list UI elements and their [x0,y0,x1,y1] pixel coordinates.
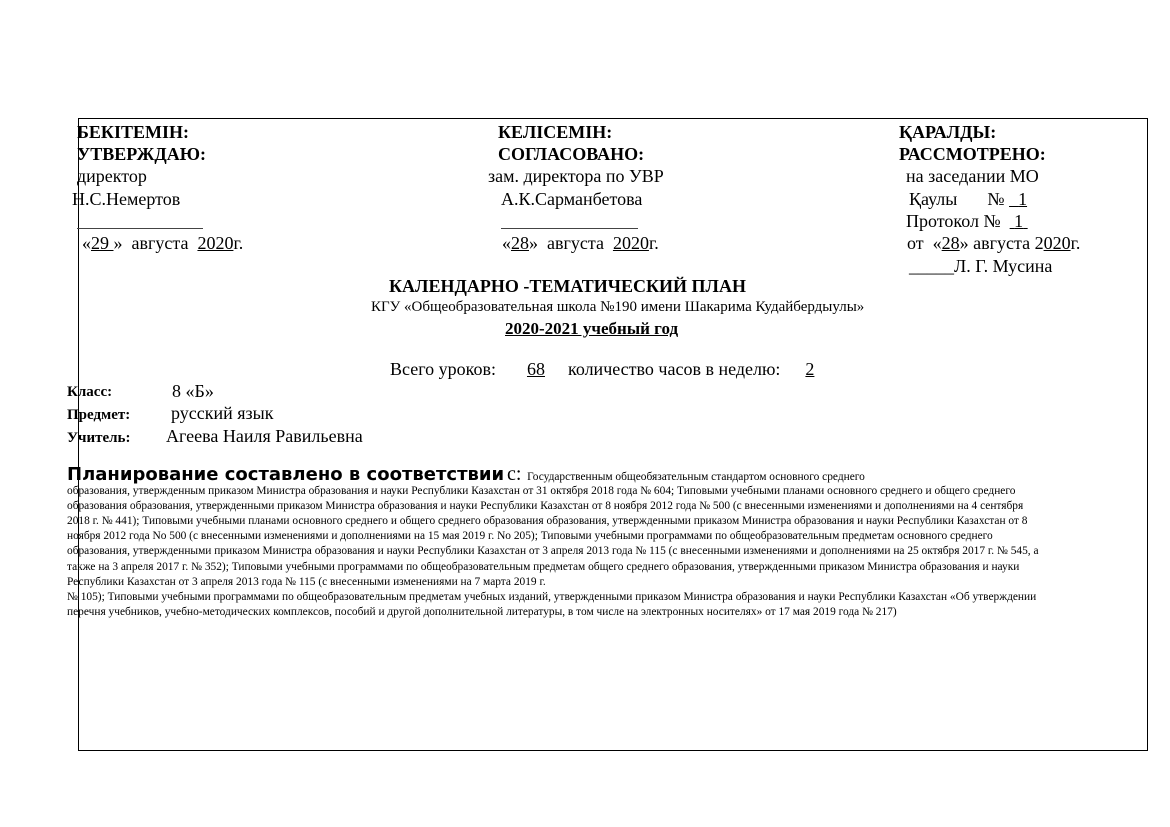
approval-center-name: А.К.Сарманбетова [501,188,642,210]
compliance-line: № 105); Типовыми учебными программами по… [67,590,1145,605]
approval-right-signature: _____Л. Г. Мусина [909,255,1052,277]
approval-left-position: директор [77,165,147,187]
hours-per-week-value: 2 [805,359,814,379]
compliance-line: образования, утвержденным приказом Минис… [67,484,1145,499]
class-value: 8 «Б» [172,381,214,402]
teacher-label: Учитель: [67,430,130,447]
subject-value: русский язык [171,403,273,424]
approval-right-title-ru: РАССМОТРЕНО: [899,143,1046,165]
compliance-heading-suffix: с: [507,463,521,485]
approval-center-date: «28» августа 2020г. [502,232,659,254]
compliance-line: перечня учебников, учебно-методических к… [67,605,1145,620]
total-lessons-value: 68 [527,359,545,379]
academic-year: 2020-2021 учебный год [505,319,678,339]
approval-left-signature-line [77,228,203,229]
approval-center-signature-line [501,228,638,229]
compliance-line: ноября 2012 года No 500 (с внесенными из… [67,529,1145,544]
compliance-heading: Планирование составлено в соответствии [67,464,504,485]
total-lessons-label: Всего уроков: [390,359,496,379]
compliance-line: также на 3 апреля 2017 г. № 352); Типовы… [67,560,1145,575]
compliance-heading-line: Планирование составлено в соответствии с… [67,467,1145,485]
teacher-value: Агеева Наиля Равильевна [166,426,363,447]
approval-center-title-kz: КЕЛІСЕМІН: [498,121,612,143]
lesson-totals: Всего уроков: 68 количество часов в неде… [390,359,814,380]
compliance-line: Республики Казахстан от 3 апреля 2013 го… [67,575,1145,590]
approval-left-title-kz: БЕКІТЕМІН: [77,121,189,143]
hours-per-week-label: количество часов в неделю: [568,359,780,379]
approval-left-title-ru: УТВЕРЖДАЮ: [77,143,206,165]
class-label: Класс: [67,384,112,401]
compliance-line: 2018 г. № 441); Типовыми учебными планам… [67,514,1145,529]
approval-left-date: «29 » августа 2020г. [82,232,243,254]
compliance-line: образования образования, утвержденными п… [67,499,1145,514]
approval-right-decision: Қаулы№ 1 [909,188,1027,210]
compliance-line: образования, утвержденными приказом Мини… [67,544,1145,559]
approval-right-date: от «28» августа 2020г. [907,232,1080,254]
approval-center-title-ru: СОГЛАСОВАНО: [498,143,644,165]
subject-label: Предмет: [67,407,130,424]
school-name: КГУ «Общеобразовательная школа №190 имен… [371,299,864,316]
approval-left-name: Н.С.Немертов [72,188,180,210]
approval-right-protocol: Протокол № 1 [906,210,1028,232]
compliance-section: Планирование составлено в соответствии с… [67,467,1145,620]
plan-title: КАЛЕНДАРНО -ТЕМАТИЧЕСКИЙ ПЛАН [389,276,746,297]
approval-right-position: на заседании МО [906,165,1039,187]
approval-right-title-kz: ҚАРАЛДЫ: [899,121,996,143]
compliance-line: Государственным общеобязательным стандар… [527,471,865,483]
approval-center-position: зам. директора по УВР [488,165,664,187]
